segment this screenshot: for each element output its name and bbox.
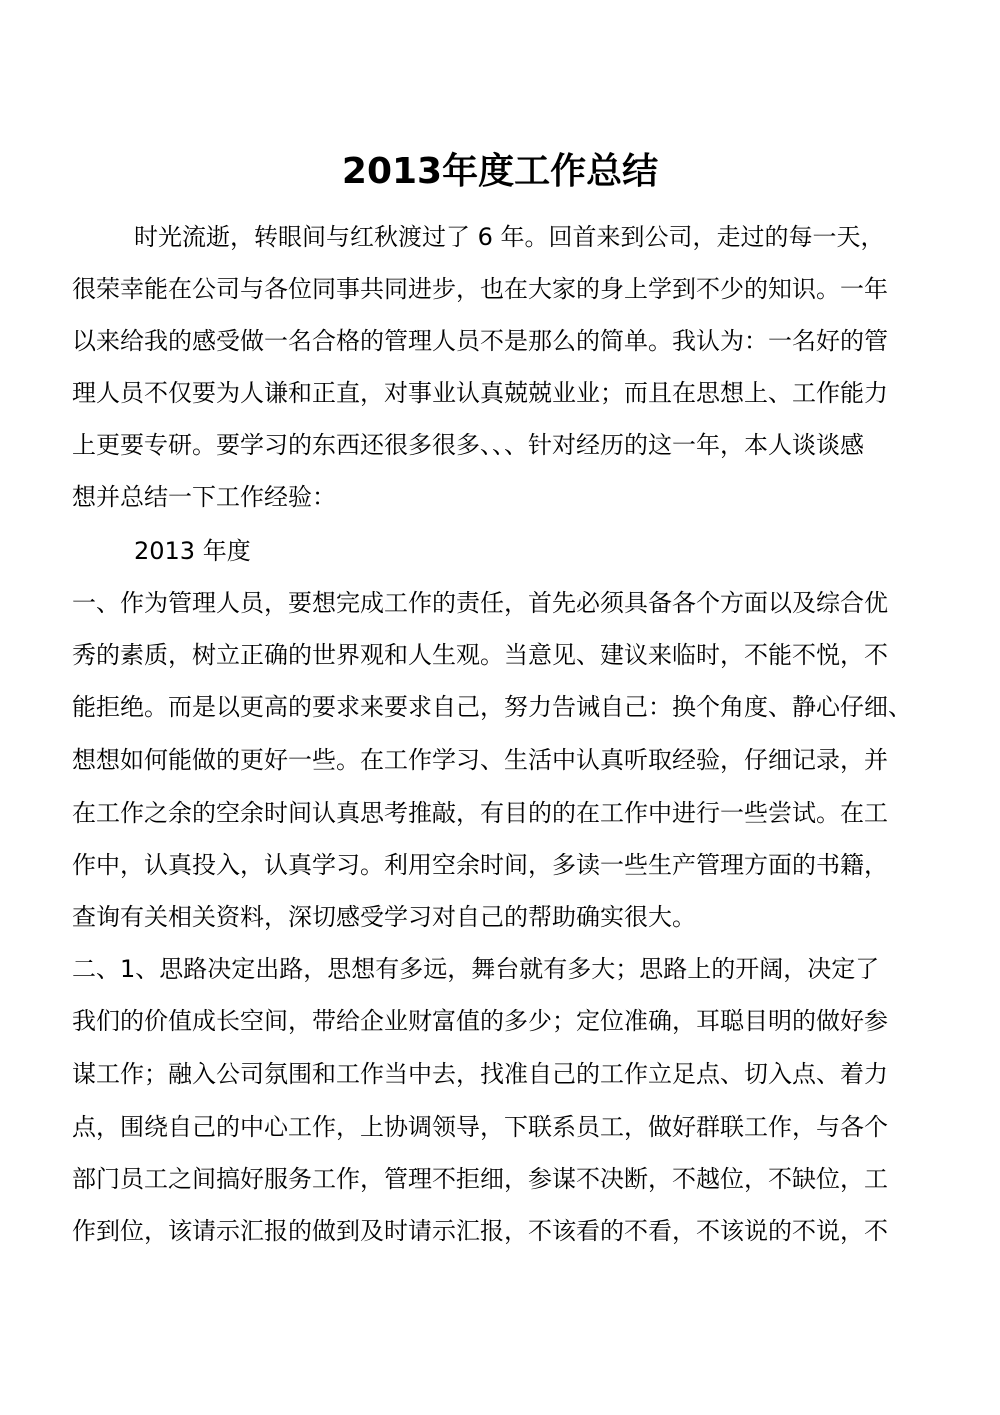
paragraph-line: 一、作为管理人员，要想完成工作的责任，首先必须具备各个方面以及综合优 (72, 586, 888, 620)
paragraph-line: 上更要专研。要学习的东西还很多很多、、、针对经历的这一年，本人谈谈感 (72, 428, 864, 462)
paragraph-line: 理人员不仅要为人谦和正直，对事业认真兢兢业业；而且在思想上、工作能力 (72, 376, 888, 410)
paragraph-line: 部门员工之间搞好服务工作，管理不拒细，参谋不决断，不越位，不缺位，工 (72, 1162, 888, 1196)
section-heading: 2013 年度 (134, 534, 251, 568)
paragraph-line: 在工作之余的空余时间认真思考推敲，有目的的在工作中进行一些尝试。在工 (72, 796, 888, 830)
document-page: 2013年度工作总结 时光流逝，转眼间与红秋渡过了 6 年。回首来到公司，走过的… (0, 0, 1000, 1415)
paragraph-line: 作到位，该请示汇报的做到及时请示汇报，不该看的不看，不该说的不说，不 (72, 1214, 888, 1248)
paragraph-line: 能拒绝。而是以更高的要求来要求自己，努力告诫自己：换个角度、静心仔细、 (72, 690, 912, 724)
document-title: 2013年度工作总结 (0, 148, 1000, 196)
paragraph-line: 我们的价值成长空间，带给企业财富值的多少；定位准确，耳聪目明的做好参 (72, 1004, 888, 1038)
paragraph-line: 想并总结一下工作经验： (72, 480, 336, 514)
paragraph-line: 秀的素质，树立正确的世界观和人生观。当意见、建议来临时，不能不悦，不 (72, 638, 888, 672)
paragraph-line: 点，围绕自己的中心工作，上协调领导，下联系员工，做好群联工作，与各个 (72, 1110, 888, 1144)
paragraph-line: 查询有关相关资料，深切感受学习对自己的帮助确实很大。 (72, 900, 696, 934)
paragraph-line: 作中，认真投入，认真学习。利用空余时间，多读一些生产管理方面的书籍， (72, 848, 888, 882)
paragraph-line: 以来给我的感受做一名合格的管理人员不是那么的简单。我认为：一名好的管 (72, 324, 888, 358)
paragraph-line: 二、1、思路决定出路，思想有多远，舞台就有多大；思路上的开阔，决定了 (72, 952, 879, 986)
paragraph-line: 想想如何能做的更好一些。在工作学习、生活中认真听取经验，仔细记录，并 (72, 743, 888, 777)
paragraph-line: 时光流逝，转眼间与红秋渡过了 6 年。回首来到公司，走过的每一天， (134, 220, 885, 254)
paragraph-line: 很荣幸能在公司与各位同事共同进步，也在大家的身上学到不少的知识。一年 (72, 272, 888, 306)
paragraph-line: 谋工作；融入公司氛围和工作当中去，找准自己的工作立足点、切入点、着力 (72, 1057, 888, 1091)
